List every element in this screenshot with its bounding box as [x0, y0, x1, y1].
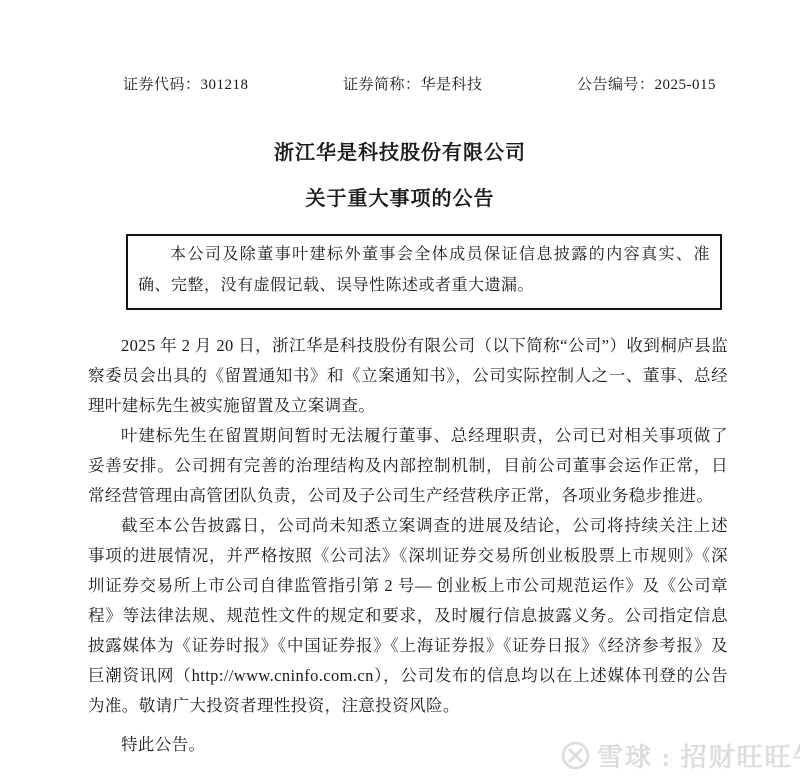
- announcement-title: 关于重大事项的公告: [0, 182, 800, 211]
- body-paragraph-1: 2025 年 2 月 20 日，浙江华是科技股份有限公司（以下简称“公司”）收到…: [88, 331, 728, 421]
- stock-abbr: 证券简称：华是科技: [343, 73, 483, 94]
- snowball-logo-icon: [561, 741, 590, 770]
- watermark-text: 雪球 : 招财旺旺牛: [597, 737, 800, 774]
- body-paragraph-2: 叶建标先生在留置期间暂时无法履行董事、总经理职责，公司已对相关事项做了妥善安排。…: [88, 421, 728, 511]
- watermark: 雪球 : 招财旺旺牛: [561, 737, 800, 774]
- announcement-document: 证券代码：301218 证券简称：华是科技 公告编号：2025-015 浙江华是…: [0, 0, 800, 778]
- disclaimer-box: 本公司及除董事叶建标外董事会全体成员保证信息披露的内容真实、准确、完整，没有虚假…: [126, 234, 722, 310]
- body-paragraph-3: 截至本公告披露日，公司尚未知悉立案调查的进展及结论，公司将持续关注上述事项的进展…: [88, 511, 728, 721]
- header-row: 证券代码：301218 证券简称：华是科技 公告编号：2025-015: [123, 73, 716, 94]
- company-title: 浙江华是科技股份有限公司: [0, 136, 800, 165]
- announcement-body: 2025 年 2 月 20 日，浙江华是科技股份有限公司（以下简称“公司”）收到…: [88, 331, 728, 760]
- stock-code: 证券代码：301218: [123, 73, 249, 94]
- announcement-number: 公告编号：2025-015: [577, 73, 716, 94]
- disclaimer-text: 本公司及除董事叶建标外董事会全体成员保证信息披露的内容真实、准确、完整，没有虚假…: [138, 239, 710, 301]
